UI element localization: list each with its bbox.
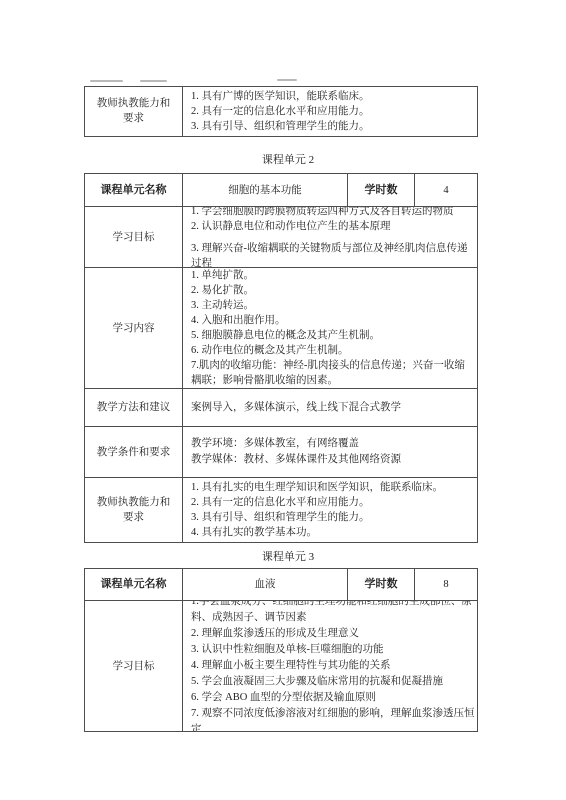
- page-top-remnant-mark: [140, 80, 167, 82]
- list-item: 4. 入胞和出胞作用。: [191, 313, 475, 328]
- list-item: 3. 理解兴奋-收缩耦联的关键物质与部位及神经肌肉信息传递过程: [191, 241, 475, 268]
- list-item: 3. 具有引导、组织和管理学生的能力。: [191, 510, 475, 525]
- learning-goals-content: 1. 学会细胞膜的跨膜物质转运四种方式及各自转运的物质 2. 认识静息电位和动作…: [182, 207, 477, 267]
- learning-goals-content: 1.学会血浆成分、红细胞的生理功能和红细胞的生成部位、原料、成熟因子、调节因素 …: [182, 601, 477, 731]
- list-item: 3. 认识中性粒细胞及单核-巨噬细胞的功能: [191, 642, 477, 658]
- list-item: 3. 具有引导、组织和管理学生的能力。: [191, 119, 475, 134]
- teaching-methods-content: 案例导入，多媒体演示，线上线下混合式教学: [182, 389, 477, 426]
- teacher-ability-row: 教师执教能力和要求 1. 具有扎实的电生理学知识和医学知识，能联系临床。 2. …: [85, 477, 477, 542]
- hours-value: 8: [414, 569, 477, 600]
- list-item: 6. 动作电位的概念及其产生机制。: [191, 343, 475, 358]
- list-item: 4. 具有扎实的教学基本功。: [191, 525, 475, 540]
- hours-value: 4: [414, 174, 477, 206]
- list-item: 2. 理解血浆渗透压的形成及生理意义: [191, 626, 477, 642]
- list-item: 7. 观察不同浓度低渗溶液对红细胞的影响，理解血浆渗透压恒定: [191, 706, 477, 731]
- teacher-ability-content: 1. 具有扎实的电生理学知识和医学知识，能联系临床。 2. 具有一定的信息化水平…: [182, 478, 477, 542]
- unit-name-row: 课程单元名称 血液 学时数 8: [85, 569, 477, 600]
- list-item: 1. 学会细胞膜的跨膜物质转运四种方式及各自转运的物质: [191, 207, 475, 219]
- page-top-remnant-mark: [277, 79, 297, 81]
- learning-goals-label: 学习目标: [85, 207, 182, 267]
- teaching-methods-label: 教学方法和建议: [85, 389, 182, 426]
- unit-name-row: 课程单元名称 细胞的基本功能 学时数 4: [85, 174, 477, 206]
- unit-name-label: 课程单元名称: [85, 569, 182, 600]
- text-line: 教学媒体：教材、多媒体课件及其他网络资源: [191, 452, 475, 468]
- text-line: 案例导入，多媒体演示，线上线下混合式教学: [191, 400, 475, 415]
- teacher-ability-label: 教师执教能力和要求: [85, 87, 182, 136]
- list-item: 1.学会血浆成分、红细胞的生理功能和红细胞的生成部位、原料、成熟因子、调节因素: [191, 601, 477, 626]
- list-item: 5. 学会血液凝固三大步骤及临床常用的抗凝和促凝措施: [191, 674, 477, 690]
- list-item: 2. 具有一定的信息化水平和应用能力。: [191, 495, 475, 510]
- page-top-remnant-mark: [90, 80, 123, 82]
- list-item: 1. 单纯扩散。: [191, 268, 475, 283]
- learning-content-row: 学习内容 1. 单纯扩散。 2. 易化扩散。 3. 主动转运。 4. 入胞和出胞…: [85, 267, 477, 388]
- list-item: 1. 具有广博的医学知识，能联系临床。: [191, 89, 475, 104]
- unit-name-value: 血液: [182, 569, 347, 600]
- prev-unit-table: 教师执教能力和要求 1. 具有广博的医学知识，能联系临床。 2. 具有一定的信息…: [84, 86, 478, 137]
- unit-name-value: 细胞的基本功能: [182, 174, 347, 206]
- teacher-ability-label: 教师执教能力和要求: [85, 478, 182, 542]
- list-item: 6. 学会 ABO 血型的分型依据及输血原则: [191, 690, 477, 706]
- unit2-table: 课程单元名称 细胞的基本功能 学时数 4 学习目标 1. 学会细胞膜的跨膜物质转…: [84, 173, 478, 543]
- teaching-conditions-content: 教学环境：多媒体教室，有网络覆盖 教学媒体：教材、多媒体课件及其他网络资源: [182, 427, 477, 477]
- learning-goals-row: 学习目标 1. 学会细胞膜的跨膜物质转运四种方式及各自转运的物质 2. 认识静息…: [85, 206, 477, 267]
- teaching-conditions-label: 教学条件和要求: [85, 427, 182, 477]
- unit2-title: 课程单元 2: [84, 153, 492, 168]
- list-item: 2. 具有一定的信息化水平和应用能力。: [191, 104, 475, 119]
- list-item: 5. 细胞膜静息电位的概念及其产生机制。: [191, 328, 475, 343]
- unit3-title: 课程单元 3: [84, 550, 492, 565]
- hours-label: 学时数: [347, 569, 414, 600]
- list-item: 7.肌肉的收缩功能：神经-肌肉接头的信息传递；兴奋一收缩耦联；影响骨骼肌收缩的因…: [191, 358, 475, 388]
- list-item: 2. 易化扩散。: [191, 283, 475, 298]
- unit-name-label: 课程单元名称: [85, 174, 182, 206]
- list-item: 2. 认识静息电位和动作电位产生的基本原理: [191, 219, 475, 234]
- learning-content-content: 1. 单纯扩散。 2. 易化扩散。 3. 主动转运。 4. 入胞和出胞作用。 5…: [182, 268, 477, 388]
- learning-goals-label: 学习目标: [85, 601, 182, 731]
- teacher-ability-content: 1. 具有广博的医学知识，能联系临床。 2. 具有一定的信息化水平和应用能力。 …: [182, 87, 477, 136]
- teacher-ability-row: 教师执教能力和要求 1. 具有广博的医学知识，能联系临床。 2. 具有一定的信息…: [85, 87, 477, 136]
- list-item: 1. 具有扎实的电生理学知识和医学知识，能联系临床。: [191, 480, 475, 495]
- list-item: 3. 主动转运。: [191, 298, 475, 313]
- learning-goals-row: 学习目标 1.学会血浆成分、红细胞的生理功能和红细胞的生成部位、原料、成熟因子、…: [85, 600, 477, 731]
- teaching-methods-row: 教学方法和建议 案例导入，多媒体演示，线上线下混合式教学: [85, 388, 477, 426]
- unit3-table: 课程单元名称 血液 学时数 8 学习目标 1.学会血浆成分、红细胞的生理功能和红…: [84, 568, 478, 732]
- learning-content-label: 学习内容: [85, 268, 182, 388]
- list-item: 4. 理解血小板主要生理特性与其功能的关系: [191, 658, 477, 674]
- text-line: 教学环境：多媒体教室，有网络覆盖: [191, 436, 475, 452]
- teaching-conditions-row: 教学条件和要求 教学环境：多媒体教室，有网络覆盖 教学媒体：教材、多媒体课件及其…: [85, 426, 477, 477]
- hours-label: 学时数: [347, 174, 414, 206]
- document-page: 教师执教能力和要求 1. 具有广博的医学知识，能联系临床。 2. 具有一定的信息…: [0, 0, 566, 800]
